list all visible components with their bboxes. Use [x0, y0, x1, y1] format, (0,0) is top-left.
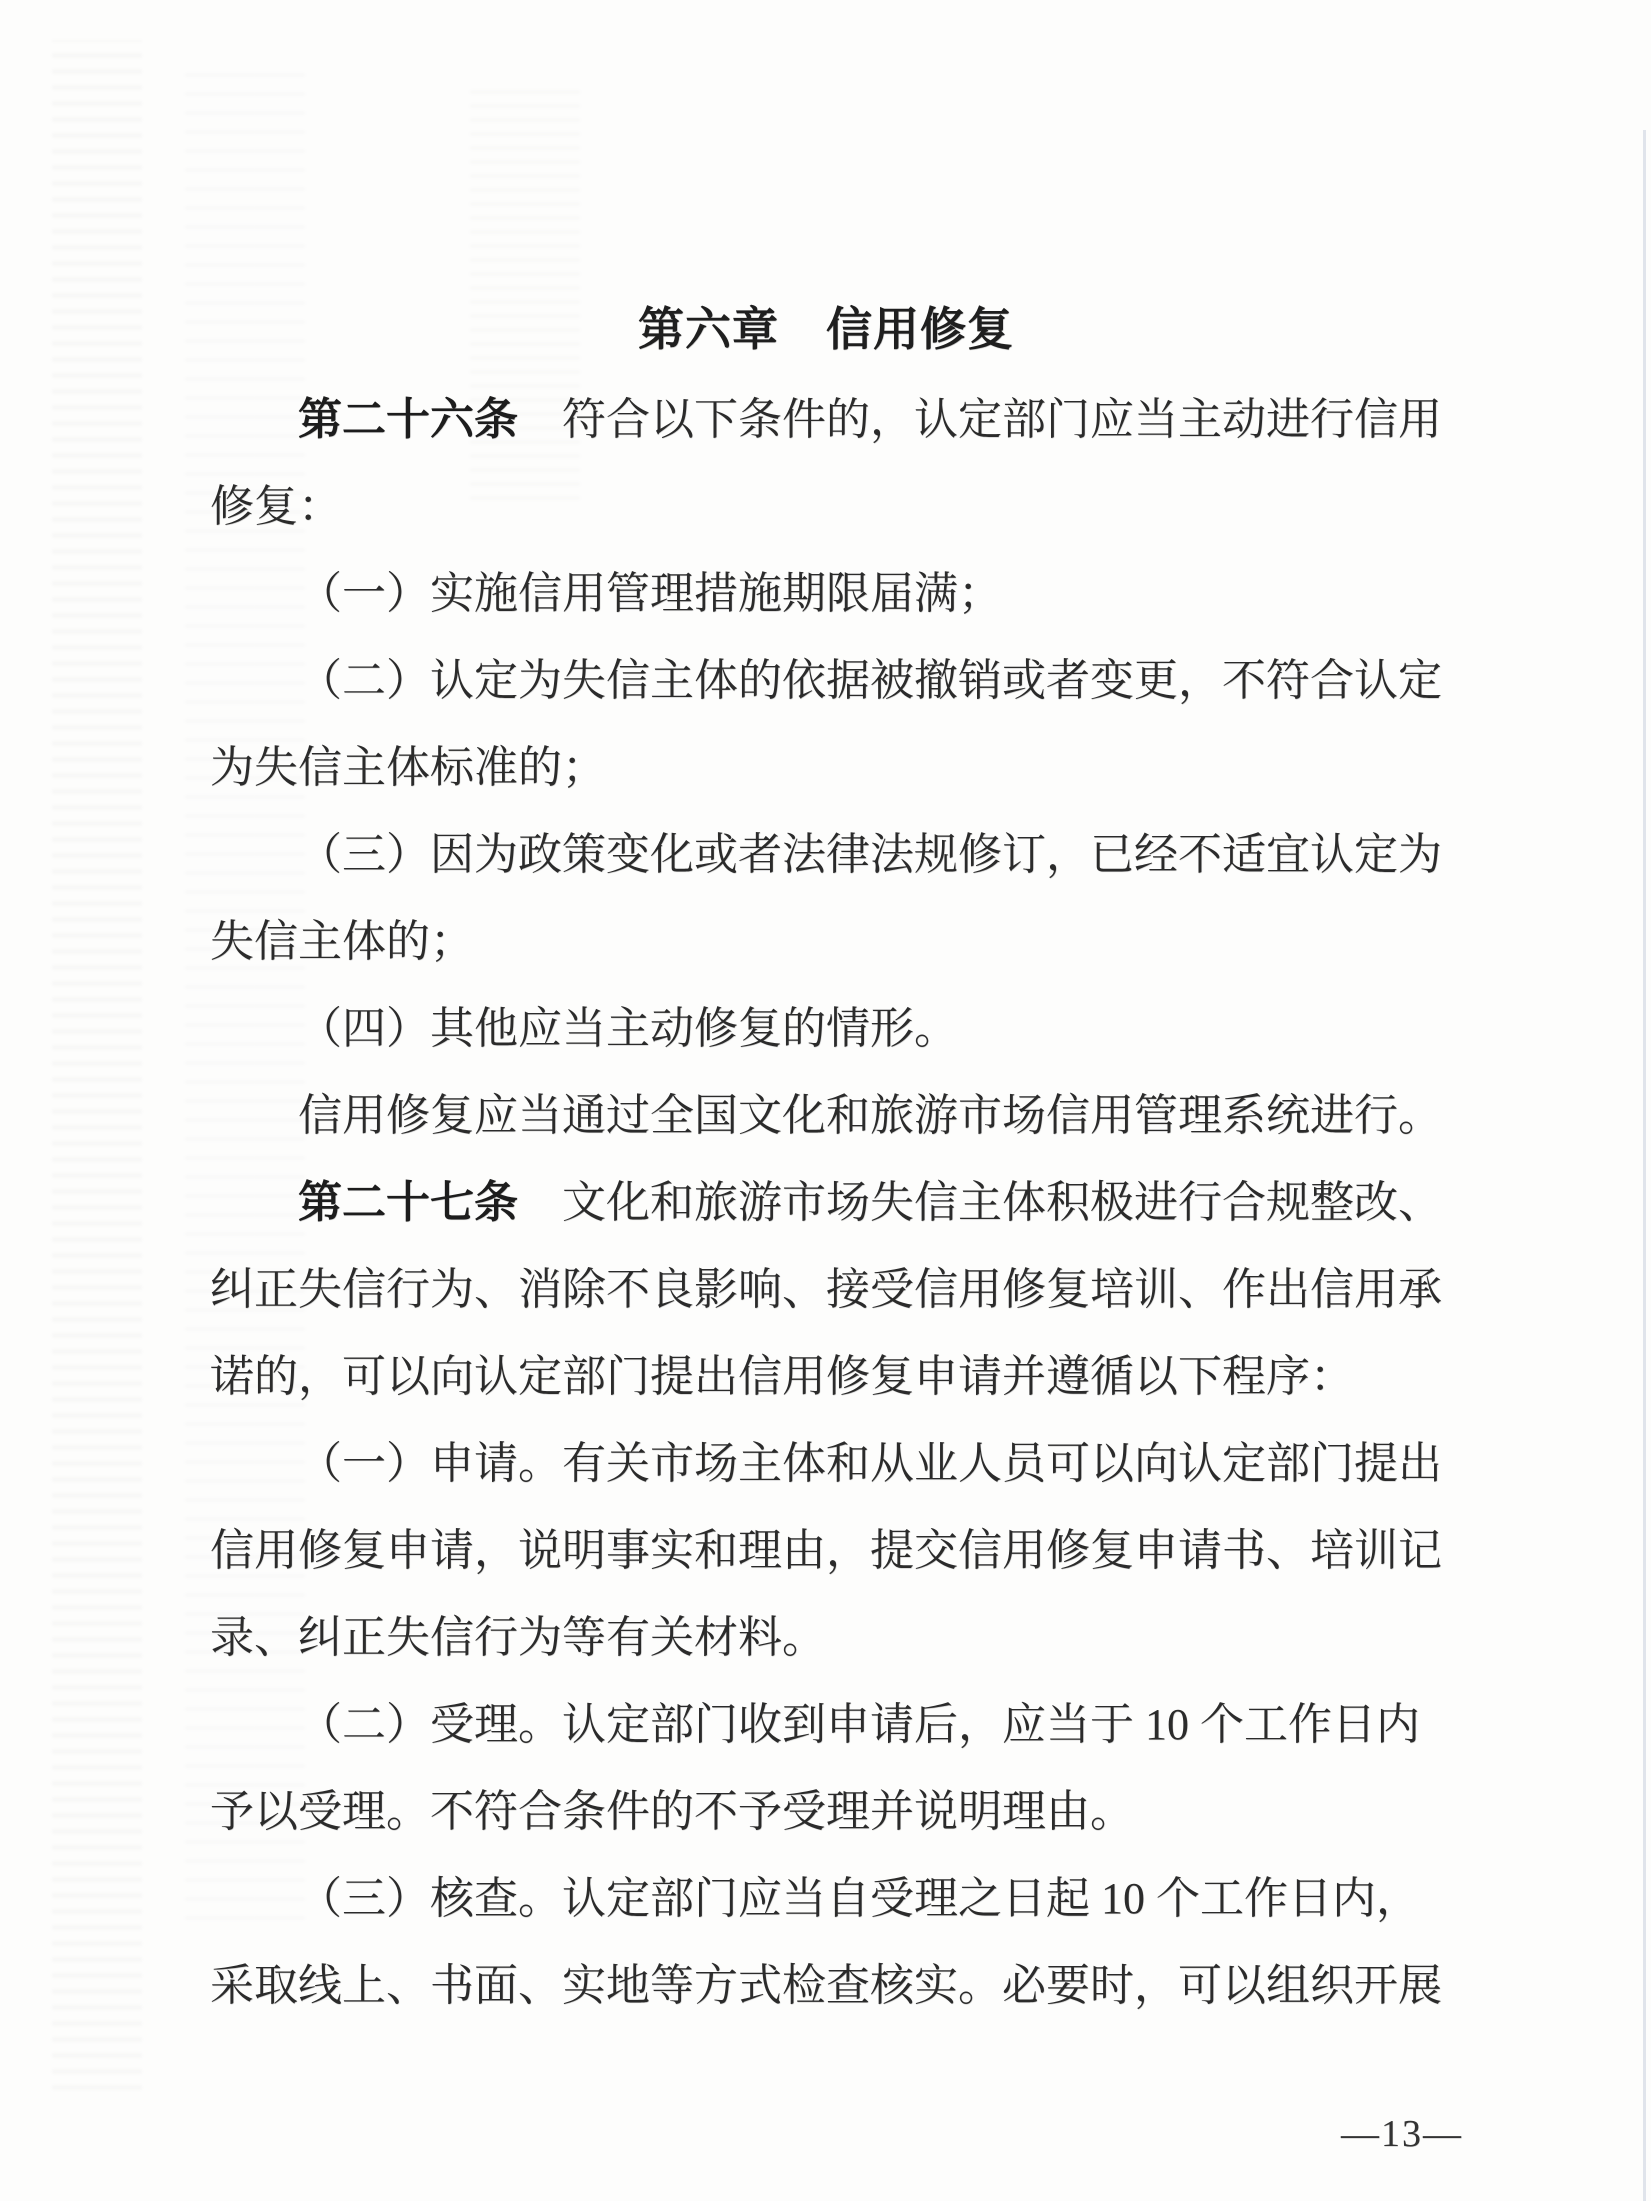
scan-edge-line — [1643, 130, 1646, 2201]
text-line: 信用修复应当通过全国文化和旅游市场信用管理系统进行。 — [210, 1072, 1442, 1159]
article-number: 第二十七条 — [298, 1178, 518, 1227]
text-line-body: 失信主体的； — [210, 917, 474, 966]
chapter-heading: 第六章 信用修复 — [210, 284, 1442, 376]
text-line: （一）实施信用管理措施期限届满； — [210, 550, 1442, 637]
page-number: —13— — [1292, 2112, 1512, 2156]
article-number: 第二十六条 — [298, 395, 518, 444]
text-line-body: （二）认定为失信主体的依据被撤销或者变更，不符合认定 — [298, 656, 1442, 705]
text-line: 录、纠正失信行为等有关材料。 — [210, 1594, 1442, 1681]
scan-artifact — [52, 40, 142, 2090]
document-body: 第六章 信用修复 第二十六条 符合以下条件的，认定部门应当主动进行信用 修复： … — [210, 284, 1442, 2029]
text-line: 纠正失信行为、消除不良影响、接受信用修复培训、作出信用承 — [210, 1246, 1442, 1333]
text-line-body: （一）申请。有关市场主体和从业人员可以向认定部门提出 — [298, 1439, 1442, 1488]
text-line-body: 采取线上、书面、实地等方式检查核实。必要时，可以组织开展 — [210, 1961, 1442, 2010]
text-line-body: （三）核查。认定部门应当自受理之日起 10 个工作日内， — [298, 1874, 1420, 1923]
text-line: 信用修复申请，说明事实和理由，提交信用修复申请书、培训记 — [210, 1507, 1442, 1594]
text-line: （三）核查。认定部门应当自受理之日起 10 个工作日内， — [210, 1855, 1442, 1942]
text-line: 予以受理。不符合条件的不予受理并说明理由。 — [210, 1768, 1442, 1855]
text-line-body: （四）其他应当主动修复的情形。 — [298, 1004, 958, 1053]
text-line: （二）认定为失信主体的依据被撤销或者变更，不符合认定 — [210, 637, 1442, 724]
text-line: 失信主体的； — [210, 898, 1442, 985]
text-line-body: （三）因为政策变化或者法律法规修订，已经不适宜认定为 — [298, 830, 1442, 879]
text-line-body: 诺的，可以向认定部门提出信用修复申请并遵循以下程序： — [210, 1352, 1354, 1401]
text-line-body: （二）受理。认定部门收到申请后，应当于 10 个工作日内 — [298, 1700, 1420, 1749]
text-line-body: 符合以下条件的，认定部门应当主动进行信用 — [518, 395, 1442, 444]
text-line-body: 文化和旅游市场失信主体积极进行合规整改、 — [518, 1178, 1442, 1227]
text-line: 诺的，可以向认定部门提出信用修复申请并遵循以下程序： — [210, 1333, 1442, 1420]
text-line: 第二十六条 符合以下条件的，认定部门应当主动进行信用 — [210, 376, 1442, 463]
scanned-document-page: 第六章 信用修复 第二十六条 符合以下条件的，认定部门应当主动进行信用 修复： … — [0, 0, 1651, 2201]
text-line: （二）受理。认定部门收到申请后，应当于 10 个工作日内 — [210, 1681, 1442, 1768]
text-line: 为失信主体标准的； — [210, 724, 1442, 811]
text-line: （四）其他应当主动修复的情形。 — [210, 985, 1442, 1072]
text-line-body: 予以受理。不符合条件的不予受理并说明理由。 — [210, 1787, 1134, 1836]
text-line-body: 纠正失信行为、消除不良影响、接受信用修复培训、作出信用承 — [210, 1265, 1442, 1314]
text-line: 第二十七条 文化和旅游市场失信主体积极进行合规整改、 — [210, 1159, 1442, 1246]
text-line: 采取线上、书面、实地等方式检查核实。必要时，可以组织开展 — [210, 1942, 1442, 2029]
text-line: 修复： — [210, 463, 1442, 550]
text-line-body: 信用修复应当通过全国文化和旅游市场信用管理系统进行。 — [298, 1091, 1442, 1140]
text-line-body: 为失信主体标准的； — [210, 743, 606, 792]
text-line: （一）申请。有关市场主体和从业人员可以向认定部门提出 — [210, 1420, 1442, 1507]
text-line-body: 录、纠正失信行为等有关材料。 — [210, 1613, 826, 1662]
text-line-body: 修复： — [210, 482, 342, 531]
text-line: （三）因为政策变化或者法律法规修订，已经不适宜认定为 — [210, 811, 1442, 898]
text-line-body: （一）实施信用管理措施期限届满； — [298, 569, 1002, 618]
text-line-body: 信用修复申请，说明事实和理由，提交信用修复申请书、培训记 — [210, 1526, 1442, 1575]
